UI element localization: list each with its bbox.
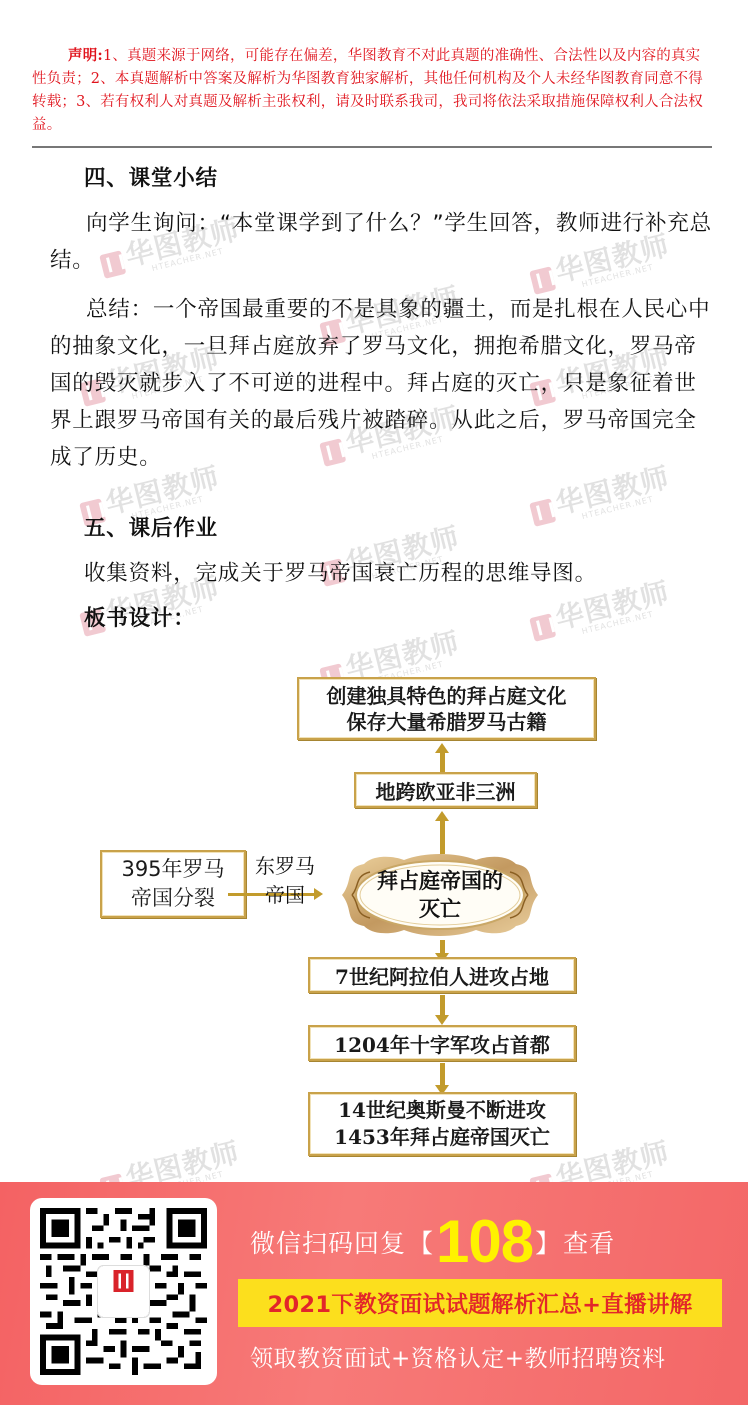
summary-paragraph-1: 向学生询问：“本堂课学到了什么？”学生回答，教师进行补充总结。 [50, 205, 715, 279]
arrow-label: 东罗马 帝国 [250, 852, 320, 910]
disclaimer-lead: 声明: [68, 47, 103, 64]
diagram-box-split: 395年罗马 帝国分裂 [100, 850, 246, 918]
promo-reply-instruction: 微信扫码回复 【 108 】 查看 [250, 1208, 615, 1276]
promo-banner[interactable]: 微信扫码回复 【 108 】 查看 2021下教资面试试题解析汇总+直播讲解 领… [0, 1182, 748, 1405]
arrow-up-icon [435, 743, 449, 753]
reply-code: 108 [436, 1212, 533, 1272]
homework-paragraph: 收集资料，完成关于罗马帝国衰亡历程的思维导图。 [84, 555, 748, 592]
section-heading-summary: 四、课堂小结 [84, 160, 748, 197]
section-heading-homework: 五、课后作业 [84, 510, 748, 547]
arrow-up-icon [435, 811, 449, 821]
qr-code[interactable] [30, 1198, 217, 1385]
promo-subtitle: 领取教资面试+资格认定+教师招聘资料 [250, 1340, 666, 1373]
central-topic: 拜占庭帝国的 灭亡 [334, 850, 546, 940]
summary-paragraph-2: 总结：一个帝国最重要的不是具象的疆土，而是扎根在人民心中的抽象文化，一旦拜占庭放… [50, 291, 715, 476]
board-design-heading: 板书设计： [84, 600, 748, 637]
promo-highlight-band: 2021下教资面试试题解析汇总+直播讲解 [238, 1279, 722, 1327]
disclaimer-text: 1、真题来源于网络，可能存在偏差，华图教育不对此真题的准确性、合法性以及内容的真… [32, 48, 703, 133]
disclaimer: 声明:1、真题来源于网络，可能存在偏差，华图教育不对此真题的准确性、合法性以及内… [32, 44, 714, 137]
diagram-step-3: 14世纪奥斯曼不断进攻 1453年拜占庭帝国灭亡 [308, 1092, 576, 1156]
diagram-step-1: 7世纪阿拉伯人进攻占地 [308, 957, 576, 993]
connector-line [440, 820, 445, 842]
qr-code-icon [40, 1208, 207, 1375]
diagram-box-culture: 创建独具特色的拜占庭文化 保存大量希腊罗马古籍 [297, 677, 596, 740]
connector-line [440, 995, 445, 1017]
connector-line [440, 752, 445, 772]
central-topic-frame: 拜占庭帝国的 灭亡 [334, 850, 546, 940]
board-design-diagram: 创建独具特色的拜占庭文化 保存大量希腊罗马古籍 地跨欧亚非三洲 395年罗马 帝… [0, 660, 748, 1170]
diagram-step-2: 1204年十字军攻占首都 [308, 1025, 576, 1061]
diagram-box-territory: 地跨欧亚非三洲 [354, 772, 537, 808]
connector-line [440, 1063, 445, 1087]
arrow-down-icon [435, 1015, 449, 1025]
divider [32, 146, 712, 148]
